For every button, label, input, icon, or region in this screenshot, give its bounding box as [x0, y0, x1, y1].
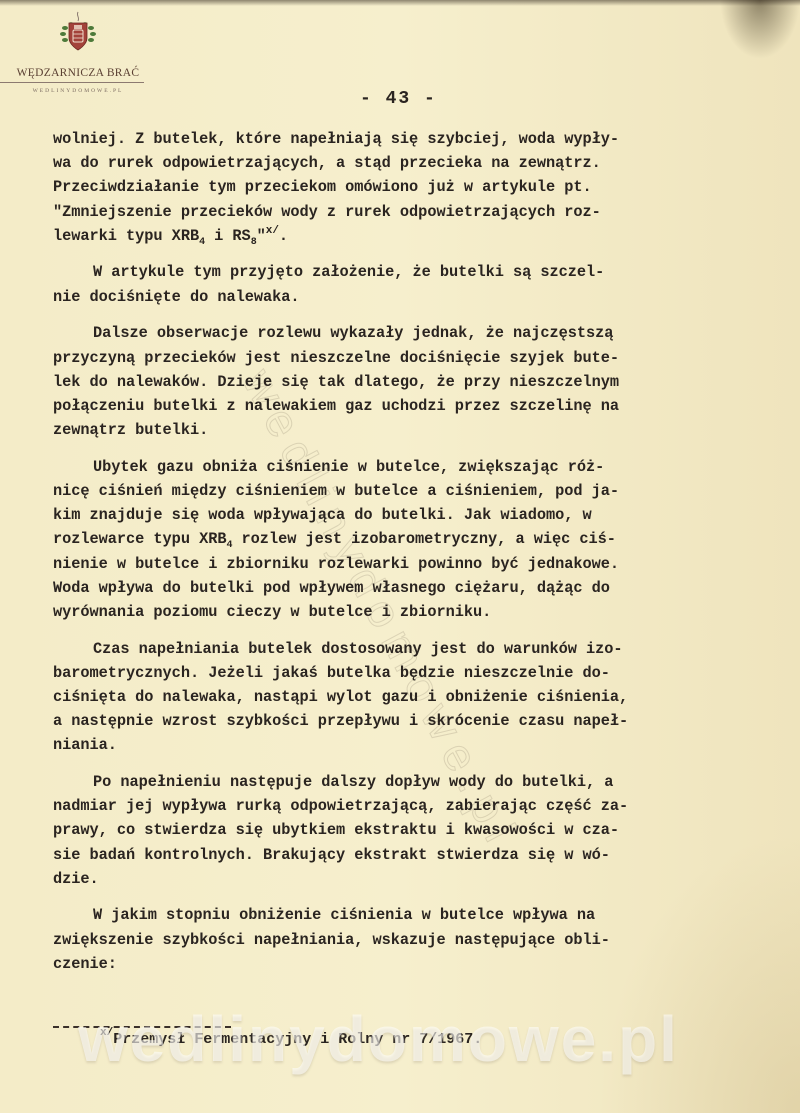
text-line: lewarki typu XRB4 i RS8"x/. — [53, 224, 753, 248]
page-number: - 43 - — [360, 89, 437, 109]
scan-edge-shadow — [0, 0, 800, 6]
text-line: zewnątrz butelki. — [53, 418, 753, 442]
paragraph: W jakim stopniu obniżenie ciśnienia w bu… — [53, 903, 753, 976]
logo-title: WĘDZARNICZA BRAĆ — [8, 67, 148, 79]
text-line: wa do rurek odpowietrzających, a stąd pr… — [53, 151, 753, 175]
text-line: W artykule tym przyjęto założenie, że bu… — [53, 260, 753, 284]
paragraph: Dalsze obserwacje rozlewu wykazały jedna… — [53, 321, 753, 442]
text-line: Ubytek gazu obniża ciśnienie w butelce, … — [53, 455, 753, 479]
footnote-text: Przemysł Fermentacyjny i Rolny nr 7/1967… — [113, 1031, 482, 1048]
text-line: czenie: — [53, 952, 753, 976]
site-logo[interactable]: WĘDZARNICZA BRAĆ WEDLINYDOMOWE.PL — [8, 10, 148, 94]
paragraph: Czas napełniania butelek dostosowany jes… — [53, 637, 753, 758]
text-line: lek do nalewaków. Dzieje się tak dlatego… — [53, 370, 753, 394]
text-line: wyrównania poziomu cieczy w butelce i zb… — [53, 600, 753, 624]
text-line: połączeniu butelki z nalewakiem gaz ucho… — [53, 394, 753, 418]
text-line: sie badań kontrolnych. Brakujący ekstrak… — [53, 843, 753, 867]
footnote-separator — [53, 1026, 231, 1028]
text-line: ciśnięta do nalewaka, nastąpi wylot gazu… — [53, 685, 753, 709]
footnote: x/Przemysł Fermentacyjny i Rolny nr 7/19… — [100, 1031, 482, 1048]
text-line: kim znajduje się woda wpływająca do bute… — [53, 503, 753, 527]
text-line: zwiększenie szybkości napełniania, wskaz… — [53, 928, 753, 952]
footnote-reference: x/ — [266, 225, 279, 237]
paragraph: Ubytek gazu obniża ciśnienie w butelce, … — [53, 455, 753, 624]
text-line: wolniej. Z butelek, które napełniają się… — [53, 127, 753, 151]
text-line: W jakim stopniu obniżenie ciśnienia w bu… — [53, 903, 753, 927]
text-line: nadmiar jej wypływa rurką odpowietrzając… — [53, 794, 753, 818]
subscript: 4 — [226, 540, 232, 551]
footnote-marker: x/ — [100, 1027, 113, 1039]
paragraph: Po napełnieniu następuje dalszy dopływ w… — [53, 770, 753, 891]
text-line: Przeciwdziałanie tym przeciekom omówiono… — [53, 175, 753, 199]
text-line: rozlewarce typu XRB4 rozlew jest izobaro… — [53, 527, 753, 551]
text-line: nienie w butelce i zbiorniku rozlewarki … — [53, 552, 753, 576]
text-line: przyczyną przecieków jest nieszczelne do… — [53, 346, 753, 370]
text-line: Woda wpływa do butelki pod wpływem własn… — [53, 576, 753, 600]
document-body: wolniej. Z butelek, które napełniają się… — [53, 127, 753, 989]
subscript: 4 — [199, 237, 205, 248]
text-line: a następnie wzrost szybkości przepływu i… — [53, 709, 753, 733]
text-line: prawy, co stwierdza się ubytkiem ekstrak… — [53, 818, 753, 842]
text-line: Dalsze obserwacje rozlewu wykazały jedna… — [53, 321, 753, 345]
text-line: niania. — [53, 733, 753, 757]
smokehouse-crest-icon — [58, 10, 98, 54]
logo-divider — [0, 82, 144, 83]
subscript: 8 — [251, 237, 257, 248]
logo-url: WEDLINYDOMOWE.PL — [8, 88, 148, 94]
paragraph: W artykule tym przyjęto założenie, że bu… — [53, 260, 753, 308]
text-line: dzie. — [53, 867, 753, 891]
text-line: "Zmniejszenie przecieków wody z rurek od… — [53, 200, 753, 224]
text-line: Po napełnieniu następuje dalszy dopływ w… — [53, 770, 753, 794]
text-line: Czas napełniania butelek dostosowany jes… — [53, 637, 753, 661]
paragraph: wolniej. Z butelek, które napełniają się… — [53, 127, 753, 248]
text-line: nie dociśnięte do nalewaka. — [53, 285, 753, 309]
text-line: nicę ciśnień między ciśnieniem w butelce… — [53, 479, 753, 503]
text-line: barometrycznych. Jeżeli jakaś butelka bę… — [53, 661, 753, 685]
